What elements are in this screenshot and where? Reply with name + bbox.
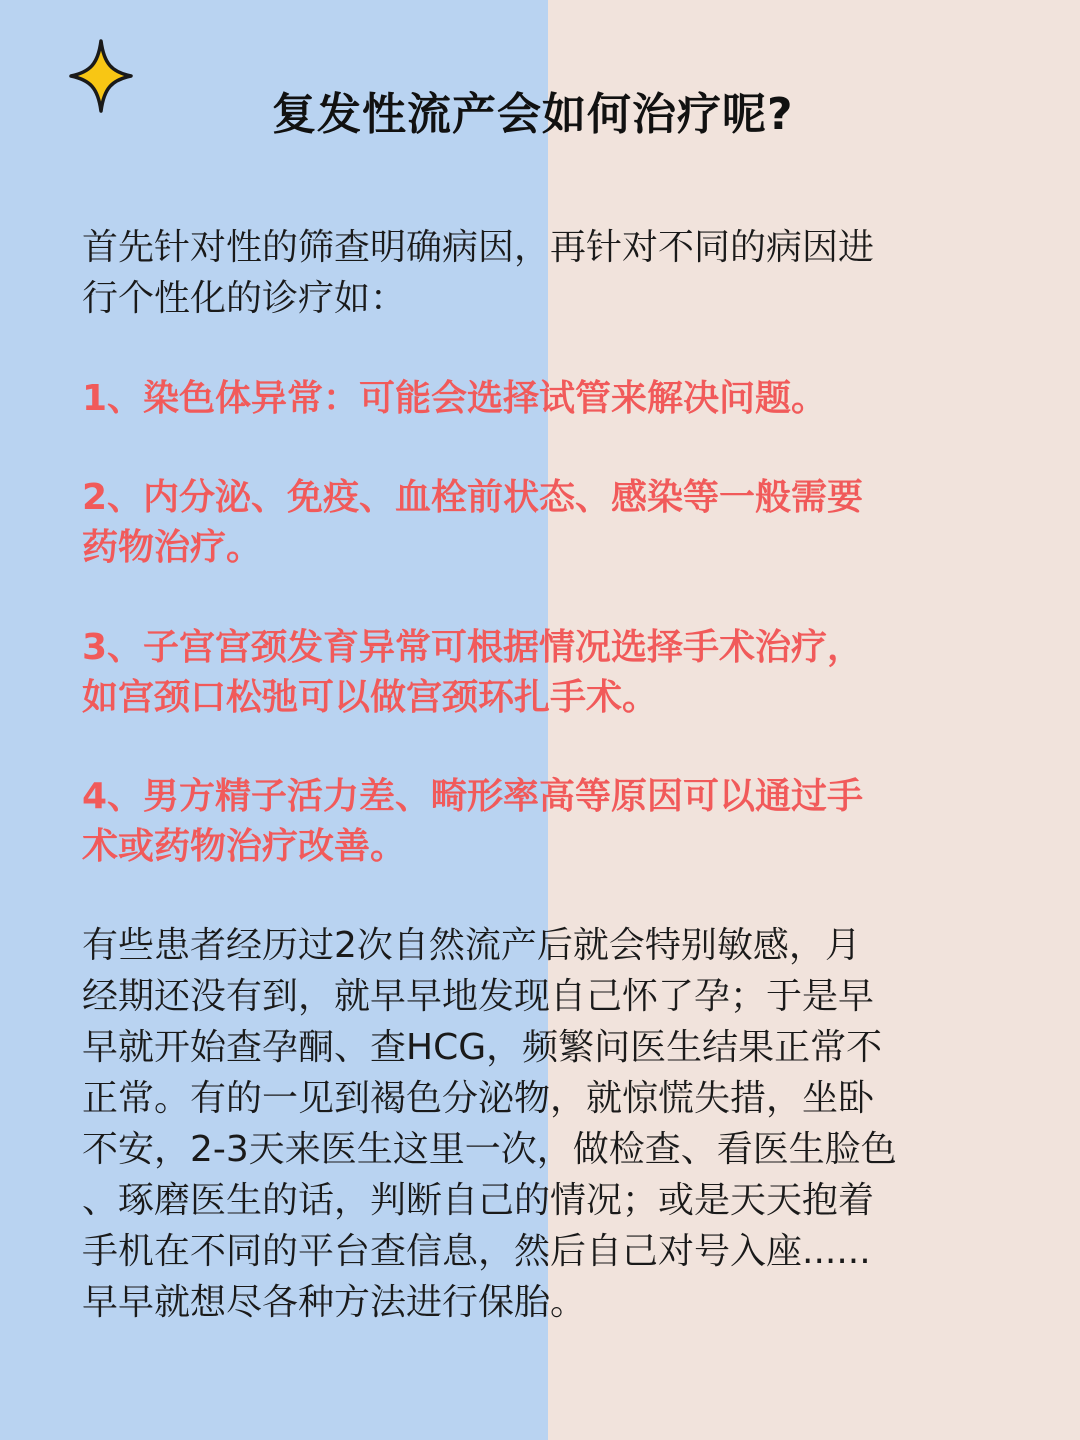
intro-line: 行个性化的诊疗如： xyxy=(82,273,1022,324)
treatment-line: 2、内分泌、免疫、血栓前状态、感染等一般需要 xyxy=(82,473,1002,523)
closing-paragraph: 有些患者经历过2次自然流产后就会特别敏感，月 经期还没有到，就早早地发现自己怀了… xyxy=(82,920,1042,1328)
treatment-line: 药物治疗。 xyxy=(82,523,1002,573)
treatment-line: 如宫颈口松弛可以做宫颈环扎手术。 xyxy=(82,673,1002,723)
closing-line: 有些患者经历过2次自然流产后就会特别敏感，月 xyxy=(82,920,1042,971)
intro-line: 首先针对性的筛查明确病因，再针对不同的病因进 xyxy=(82,222,1022,273)
treatment-line: 术或药物治疗改善。 xyxy=(82,822,1002,872)
intro-paragraph: 首先针对性的筛查明确病因，再针对不同的病因进 行个性化的诊疗如： xyxy=(82,222,1022,324)
closing-line: 不安，2-3天来医生这里一次，做检查、看医生脸色 xyxy=(82,1124,1042,1175)
treatment-item-2: 2、内分泌、免疫、血栓前状态、感染等一般需要 药物治疗。 xyxy=(82,473,1002,573)
sparkle-star-icon xyxy=(68,38,134,114)
closing-line: 早早就想尽各种方法进行保胎。 xyxy=(82,1277,1042,1328)
treatment-line: 1、染色体异常：可能会选择试管来解决问题。 xyxy=(82,374,1002,424)
treatment-item-3: 3、子宫宫颈发育异常可根据情况选择手术治疗， 如宫颈口松弛可以做宫颈环扎手术。 xyxy=(82,623,1002,723)
closing-line: 早就开始查孕酮、查HCG，频繁问医生结果正常不 xyxy=(82,1022,1042,1073)
closing-line: 正常。有的一见到褐色分泌物，就惊慌失措，坐卧 xyxy=(82,1073,1042,1124)
closing-line: 、琢磨医生的话，判断自己的情况；或是天天抱着 xyxy=(82,1175,1042,1226)
treatment-line: 4、男方精子活力差、畸形率高等原因可以通过手 xyxy=(82,772,1002,822)
treatment-line: 3、子宫宫颈发育异常可根据情况选择手术治疗， xyxy=(82,623,1002,673)
treatment-item-1: 1、染色体异常：可能会选择试管来解决问题。 xyxy=(82,374,1002,424)
treatment-item-4: 4、男方精子活力差、畸形率高等原因可以通过手 术或药物治疗改善。 xyxy=(82,772,1002,872)
page-title: 复发性流产会如何治疗呢? xyxy=(272,78,794,142)
closing-line: 手机在不同的平台查信息，然后自己对号入座...... xyxy=(82,1226,1042,1277)
closing-line: 经期还没有到，就早早地发现自己怀了孕；于是早 xyxy=(82,971,1042,1022)
